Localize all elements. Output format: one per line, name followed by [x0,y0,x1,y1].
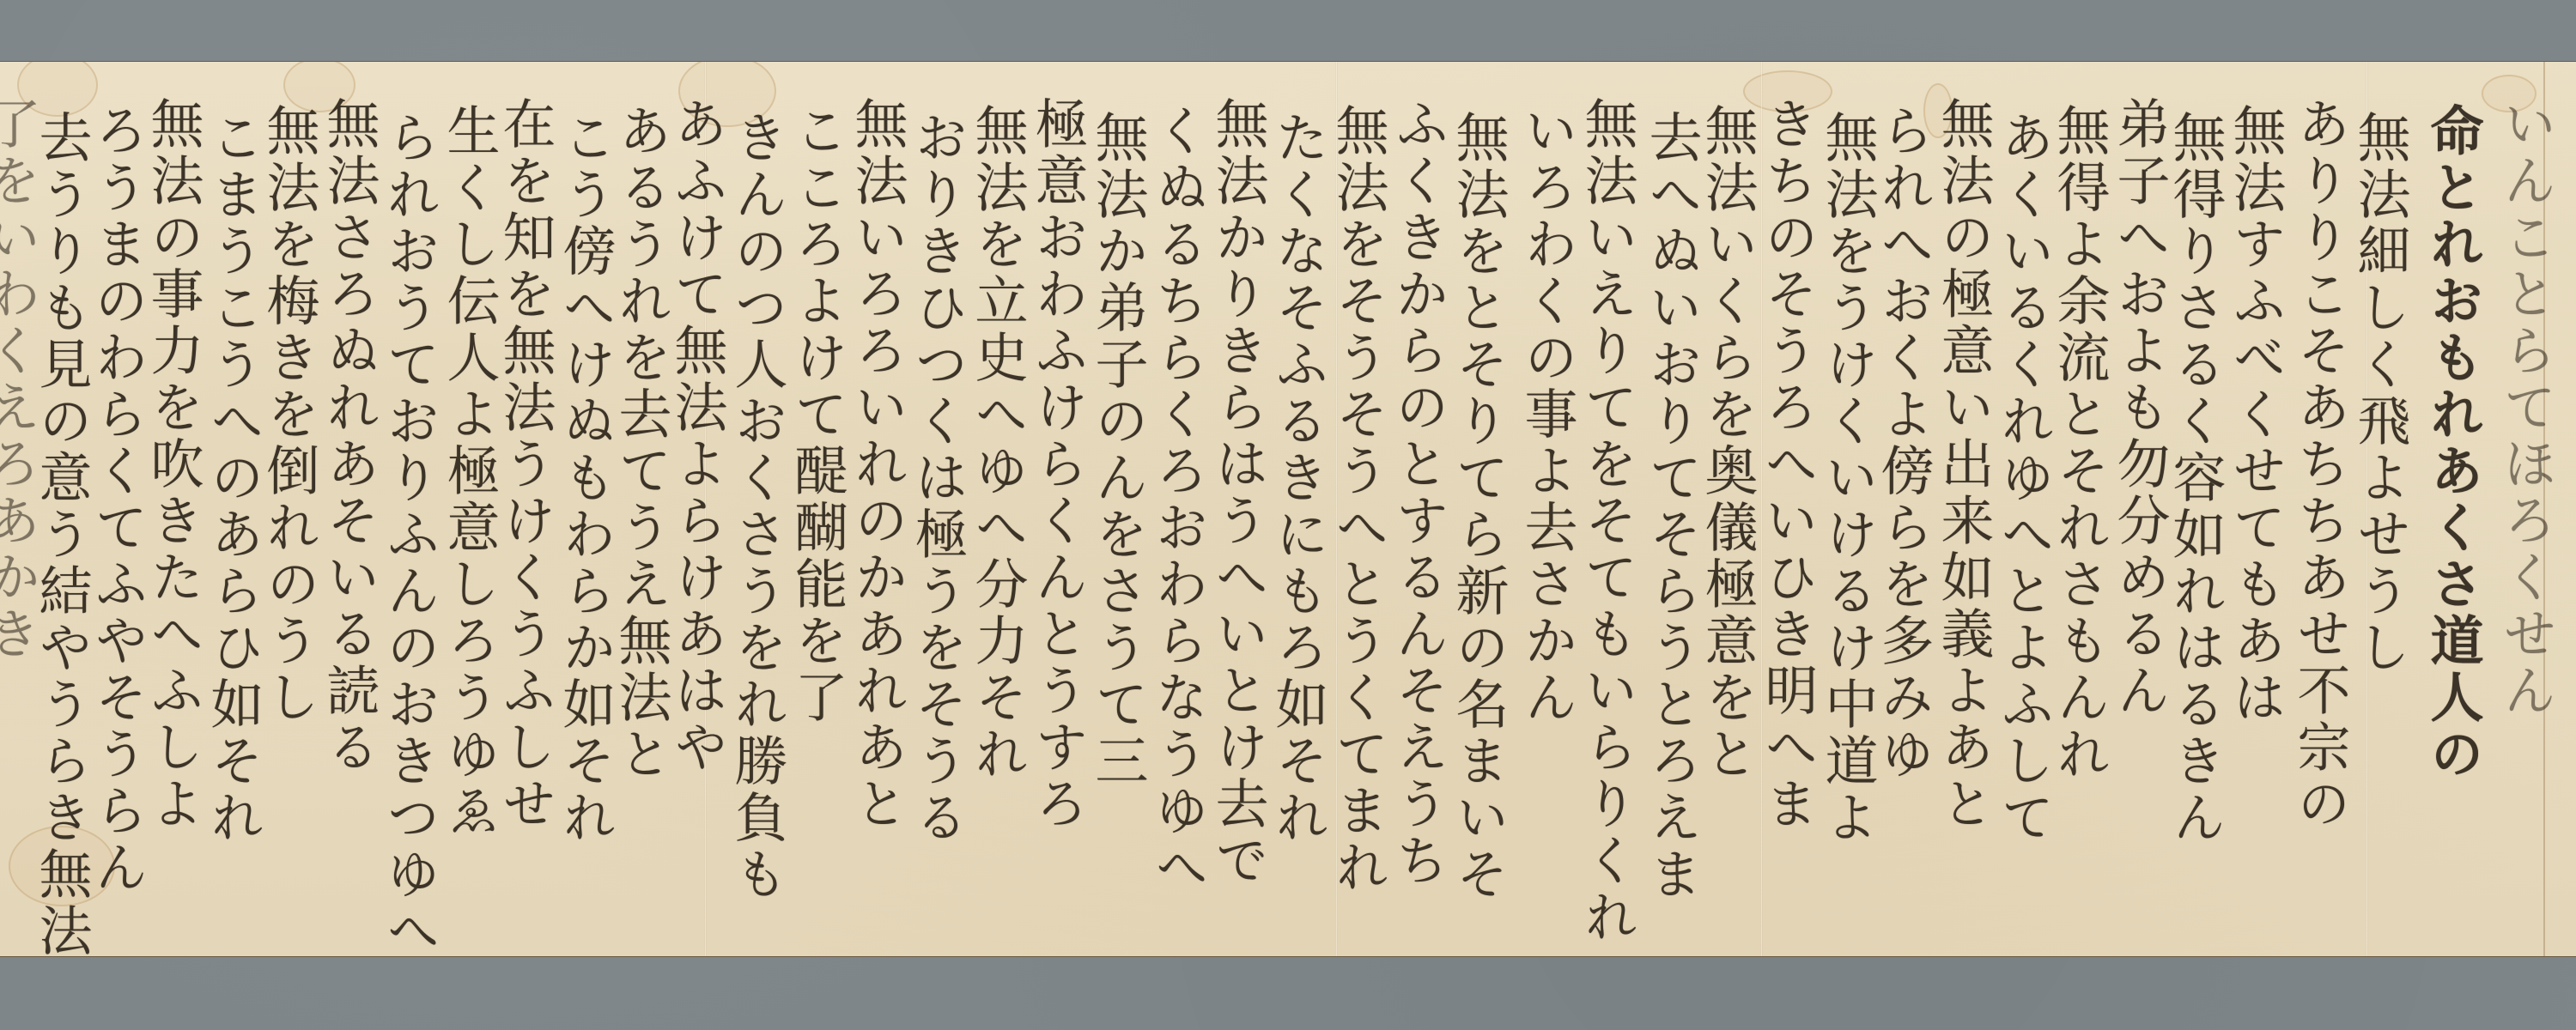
calligraphy-column: あるうれを去てうえ無法と [614,103,667,783]
calligraphy-column: 無得よ余流とそれさもんれ [2052,103,2105,783]
calligraphy-column: 無法いえりてをそてもいらりくれ [1580,96,1633,946]
calligraphy-column: おりきひつくは極うをそうる [910,110,963,846]
calligraphy-column: ろうまのわらくてふやそうらん [90,103,143,896]
calligraphy-column: こまうこうへのあらひ如それ [206,110,259,846]
calligraphy-column: 無法をそうそうへとうくてまれ [1331,103,1384,896]
calligraphy-column: 無法いくらを奥儀極意をと [1700,103,1753,783]
calligraphy-column: こう傍へけぬもわらか如それ [558,110,611,846]
calligraphy-column: 無法の事力を吹きたへふしよ [146,96,199,833]
calligraphy-column: たくなそふるきにもろ如それ [1271,110,1324,846]
calligraphy-column: 在を知を無法うけくうふしせ [498,96,551,833]
calligraphy-column: いろわくの事よ去さかん [1520,103,1573,726]
handscroll-paper: いんことらてほろくせん命とれおもれあくさ道人の無法細しく飛よせうしありりこそあち… [0,62,2576,956]
calligraphy-column: 極意おわふけらくんとうすろ [1030,96,1084,833]
calligraphy-column: られへおくよ傍らを多みゆ [1876,103,1929,783]
calligraphy-column: くぬるちらくろおわらなうゆへ [1151,103,1204,896]
calligraphy-column: 去うりも見の意う結やうらき無法 [34,110,88,956]
calligraphy-column: 無法か弟子のんをさうて三 [1091,110,1144,790]
calligraphy-column: 無法すふべくせてもあは [2228,103,2281,726]
calligraphy-column: ふくきからのとするんそえうち [1391,96,1444,889]
calligraphy-column: ありりこそあちちあせ不宗の [2293,96,2346,833]
calligraphy-column: 了をいわくえろあかき [0,96,36,663]
calligraphy-column: 無法をうけくいけるけ中道よ [1820,110,1874,846]
calligraphy-column: きちのそうろへいひき明へま [1760,96,1814,833]
calligraphy-column: いんことらてほろくせん [2499,96,2552,719]
calligraphy-column: 弟子へおよも勿分めるん [2112,96,2166,719]
calligraphy-column: られおうておりふんのおきつゆへ [382,110,435,956]
calligraphy-column: 無法をとそりてら新の名まいそ [1451,110,1504,903]
calligraphy-column: 去へぬいおりてそらうとろえま [1644,110,1698,903]
calligraphy-column: きんのつ人おくさうをれ勝負も [730,110,783,903]
calligraphy-column: 無法細しく飛よせうし [2353,110,2406,676]
calligraphy-column: 無法を梅きを倒れのうし [262,103,315,726]
calligraphy-column: あふけて無法よらけあはや [670,96,723,776]
calligraphy-column: こころよけて醍醐能を了 [790,103,843,726]
calligraphy-column: 無得りさるく容如れはるきん [2168,110,2221,846]
calligraphy-column: 無法を立史へゆへ分力それ [970,103,1024,783]
calligraphy-column: 命とれおもれあくさ道人の [2426,103,2479,783]
calligraphy-column: あくいるくれゆへとよふして [1996,110,2050,846]
calligraphy-column: 無法かりきらはうへいとけ去で [1211,96,1264,889]
calligraphy-column: 無法さろぬれあそいる読る [322,96,375,776]
calligraphy-column: 無法の極意い出来如義よあと [1936,96,1990,833]
calligraphy-column: 生くし伝人よ極意しろうゆゑ [442,103,495,839]
calligraphy-column: 無法いろろいれのかあれあと [850,96,903,833]
